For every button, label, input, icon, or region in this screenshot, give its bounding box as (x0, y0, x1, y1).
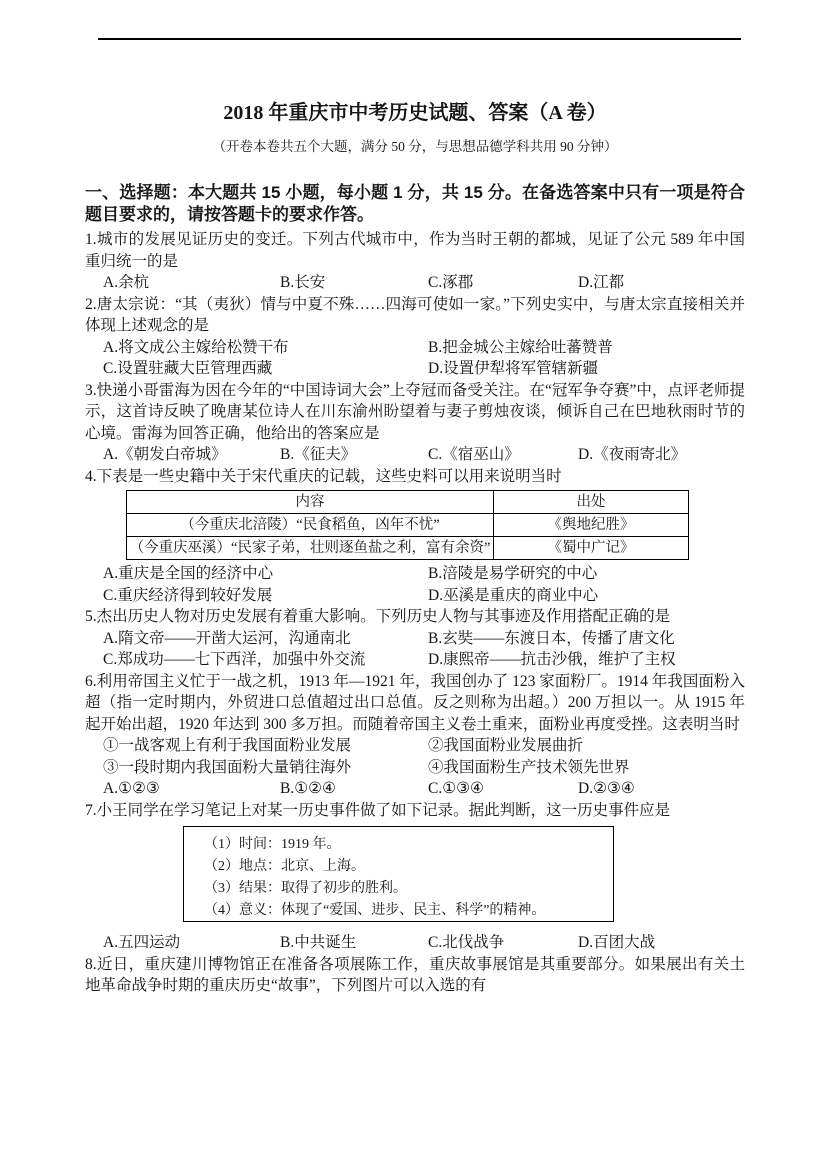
option-a: A.①②③ (103, 778, 280, 800)
option-c: C.《宿巫山》 (428, 444, 578, 466)
question-5-options-row-2: C.郑成功——七下西洋，加强中外交流 D.康熙帝——抗击沙俄，维护了主权 (85, 649, 745, 671)
option-c: C.①③④ (428, 778, 578, 800)
option-d: D.江都 (578, 272, 745, 294)
question-6: 6.利用帝国主义忙于一战之机，1913 年—1921 年，我国创办了 123 家… (85, 671, 745, 800)
table-cell: 《蜀中广记》 (494, 537, 689, 560)
question-3-stem: 3.快递小哥雷海为因在今年的“中国诗词大会”上夺冠而备受关注。在“冠军争夺赛”中… (85, 380, 745, 445)
question-4-options-row-2: C.重庆经济得到较好发展 D.巫溪是重庆的商业中心 (85, 585, 745, 607)
document-page: 2018 年重庆市中考历史试题、答案（A 卷） （开卷本卷共五个大题，满分 50… (0, 0, 827, 1169)
question-7: 7.小王同学在学习笔记上对某一历史事件做了如下记录。据此判断，这一历史事件应是 … (85, 800, 745, 954)
option-a: A.五四运动 (103, 932, 280, 954)
note-line-place: （2）地点：北京、上海。 (204, 856, 605, 878)
question-6-items-row-1: ①一战客观上有利于我国面粉业发展 ②我国面粉业发展曲折 (85, 735, 745, 757)
question-7-options: A.五四运动 B.中共诞生 C.北伐战争 D.百团大战 (85, 932, 745, 954)
option-b: B.中共诞生 (280, 932, 428, 954)
option-d: D.②③④ (578, 778, 745, 800)
history-event-note-box: （1）时间：1919 年。 （2）地点：北京、上海。 （3）结果：取得了初步的胜… (183, 826, 614, 922)
question-4-options-row-1: A.重庆是全国的经济中心 B.涪陵是易学研究的中心 (85, 563, 745, 585)
option-a: A.《朝发白帝城》 (103, 444, 280, 466)
note-line-time: （1）时间：1919 年。 (204, 834, 605, 856)
statement-4: ④我国面粉生产技术领先世界 (428, 757, 745, 779)
option-d: D.百团大战 (578, 932, 745, 954)
table-cell: 《舆地纪胜》 (494, 514, 689, 537)
statement-2: ②我国面粉业发展曲折 (428, 735, 745, 757)
option-b: B.长安 (280, 272, 428, 294)
option-c: C.重庆经济得到较好发展 (103, 585, 428, 607)
question-5-options-row-1: A.隋文帝——开凿大运河，沟通南北 B.玄奘——东渡日本，传播了唐文化 (85, 628, 745, 650)
question-7-stem: 7.小王同学在学习笔记上对某一历史事件做了如下记录。据此判断，这一历史事件应是 (85, 800, 745, 822)
question-6-items-row-2: ③一段时期内我国面粉大量销往海外 ④我国面粉生产技术领先世界 (85, 757, 745, 779)
option-a: A.将文成公主嫁给松赞干布 (103, 337, 428, 359)
statement-3: ③一段时期内我国面粉大量销往海外 (103, 757, 428, 779)
option-c: C.涿郡 (428, 272, 578, 294)
question-5: 5.杰出历史人物对历史发展有着重大影响。下列历史人物与其事迹及作用搭配正确的是 … (85, 606, 745, 671)
option-c: C.郑成功——七下西洋，加强中外交流 (103, 649, 428, 671)
question-8-stem: 8.近日，重庆建川博物馆正在准备各项展陈工作，重庆故事展馆是其重要部分。如果展出… (85, 954, 745, 997)
question-2: 2.唐太宗说：“其（夷狄）情与中夏不殊……四海可使如一家。”下列史实中，与唐太宗… (85, 294, 745, 380)
option-b: B.《征夫》 (280, 444, 428, 466)
section-heading: 一、选择题：本大题共 15 小题，每小题 1 分，共 15 分。在备选答案中只有… (85, 182, 745, 225)
table-header-row: 内容 出处 (127, 491, 689, 514)
table-row: （今重庆北涪陵）“民食稻鱼，凶年不忧” 《舆地纪胜》 (127, 514, 689, 537)
table-row: （今重庆巫溪）“民家子弟，壮则逐鱼盐之利，富有余资” 《蜀中广记》 (127, 537, 689, 560)
option-a: A.重庆是全国的经济中心 (103, 563, 428, 585)
question-1: 1.城市的发展见证历史的变迁。下列古代城市中，作为当时王朝的都城，见证了公元 5… (85, 229, 745, 294)
option-b: B.①②④ (280, 778, 428, 800)
table-cell: （今重庆北涪陵）“民食稻鱼，凶年不忧” (127, 514, 494, 537)
exam-subtitle: （开卷本卷共五个大题，满分 50 分，与思想品德学科共用 90 分钟） (85, 138, 745, 156)
question-1-options: A.余杭 B.长安 C.涿郡 D.江都 (85, 272, 745, 294)
table-header-content: 内容 (127, 491, 494, 514)
question-2-options-row-1: A.将文成公主嫁给松赞干布 B.把金城公主嫁给吐蕃赞普 (85, 337, 745, 359)
page-title: 2018 年重庆市中考历史试题、答案（A 卷） (85, 100, 745, 127)
question-2-stem: 2.唐太宗说：“其（夷狄）情与中夏不殊……四海可使如一家。”下列史实中，与唐太宗… (85, 294, 745, 337)
statement-1: ①一战客观上有利于我国面粉业发展 (103, 735, 428, 757)
option-d: D.《夜雨寄北》 (578, 444, 745, 466)
option-b: B.玄奘——东渡日本，传播了唐文化 (428, 628, 745, 650)
exam-content: 2018 年重庆市中考历史试题、答案（A 卷） （开卷本卷共五个大题，满分 50… (85, 0, 745, 997)
question-4: 4.下表是一些史籍中关于宋代重庆的记载，这些史料可以用来说明当时 内容 出处 （… (85, 466, 745, 607)
option-c: C.北伐战争 (428, 932, 578, 954)
question-1-stem: 1.城市的发展见证历史的变迁。下列古代城市中，作为当时王朝的都城，见证了公元 5… (85, 229, 745, 272)
note-line-meaning: （4）意义：体现了“爱国、进步、民主、科学”的精神。 (204, 900, 605, 922)
option-d: D.设置伊犁将军管辖新疆 (428, 358, 745, 380)
question-5-stem: 5.杰出历史人物对历史发展有着重大影响。下列历史人物与其事迹及作用搭配正确的是 (85, 606, 745, 628)
option-b: B.涪陵是易学研究的中心 (428, 563, 745, 585)
table-header-source: 出处 (494, 491, 689, 514)
option-d: D.康熙帝——抗击沙俄，维护了主权 (428, 649, 745, 671)
table-cell: （今重庆巫溪）“民家子弟，壮则逐鱼盐之利，富有余资” (127, 537, 494, 560)
question-3-options: A.《朝发白帝城》 B.《征夫》 C.《宿巫山》 D.《夜雨寄北》 (85, 444, 745, 466)
question-6-stem: 6.利用帝国主义忙于一战之机，1913 年—1921 年，我国创办了 123 家… (85, 671, 745, 736)
question-3: 3.快递小哥雷海为因在今年的“中国诗词大会”上夺冠而备受关注。在“冠军争夺赛”中… (85, 380, 745, 466)
option-a: A.余杭 (103, 272, 280, 294)
option-a: A.隋文帝——开凿大运河，沟通南北 (103, 628, 428, 650)
option-b: B.把金城公主嫁给吐蕃赞普 (428, 337, 745, 359)
option-d: D.巫溪是重庆的商业中心 (428, 585, 745, 607)
question-8: 8.近日，重庆建川博物馆正在准备各项展陈工作，重庆故事展馆是其重要部分。如果展出… (85, 954, 745, 997)
note-line-result: （3）结果：取得了初步的胜利。 (204, 878, 605, 900)
option-c: C.设置驻藏大臣管理西藏 (103, 358, 428, 380)
song-records-table: 内容 出处 （今重庆北涪陵）“民食稻鱼，凶年不忧” 《舆地纪胜》 （今重庆巫溪）… (126, 490, 689, 560)
question-4-stem: 4.下表是一些史籍中关于宋代重庆的记载，这些史料可以用来说明当时 (85, 466, 745, 488)
question-6-options: A.①②③ B.①②④ C.①③④ D.②③④ (85, 778, 745, 800)
question-2-options-row-2: C.设置驻藏大臣管理西藏 D.设置伊犁将军管辖新疆 (85, 358, 745, 380)
